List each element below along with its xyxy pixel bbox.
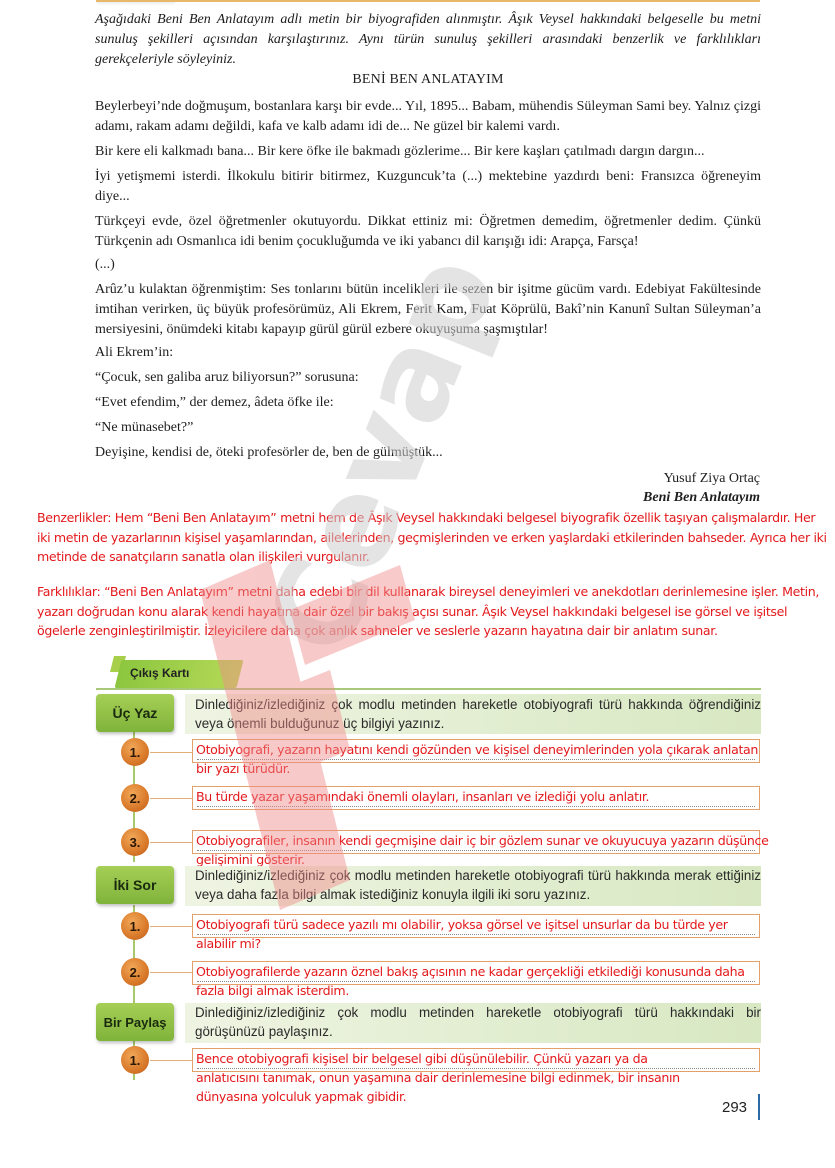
source-citation: Yusuf Ziya Ortaç Beni Ben Anlatayım <box>643 469 760 507</box>
item-number-badge: 1. <box>121 738 149 766</box>
answer-text: Otobiyografi, yazarın hayatını kendi göz… <box>196 740 758 778</box>
book-title: Beni Ben Anlatayım <box>643 488 760 507</box>
section-prompt: Dinlediğiniz/izlediğiniz çok modlu metin… <box>195 695 761 733</box>
activity-instruction: Aşağıdaki Beni Ben Anlatayım adlı metin … <box>95 10 761 70</box>
connector-line <box>150 926 192 927</box>
reading-paragraph: Ali Ekrem’in: <box>95 343 761 363</box>
item-number-badge: 1. <box>121 1046 149 1074</box>
section-label-bir-paylas: Bir Paylaş <box>96 1003 174 1041</box>
section-label-uc-yaz: Üç Yaz <box>96 694 174 732</box>
section-prompt: Dinlediğiniz/izlediğiniz çok modlu metin… <box>195 1003 761 1041</box>
item-number-badge: 3. <box>121 828 149 856</box>
page-number-bar <box>758 1094 760 1120</box>
answer-text: Otobiyografilerde yazarın öznel bakış aç… <box>196 962 745 1000</box>
answer-text: Otobiyografi türü sadece yazılı mı olabi… <box>196 915 728 953</box>
answer-differences: Farklılıklar: “Beni Ben Anlatayım” metni… <box>37 582 827 641</box>
reading-paragraph: (...) <box>95 255 761 275</box>
answer-text: Otobiyografiler, insanın kendi geçmişine… <box>196 831 768 869</box>
exit-card-rule <box>96 688 761 690</box>
reading-title: BENİ BEN ANLATAYIM <box>95 72 761 88</box>
reading-paragraph: Deyişine, kendisi de, öteki profesörler … <box>95 443 761 463</box>
item-number-badge: 2. <box>121 784 149 812</box>
connector-line <box>150 842 192 843</box>
reading-paragraph: Beylerbeyi’nde doğmuşum, bostanlara karş… <box>95 97 761 137</box>
answer-text: Bence otobiyografi kişisel bir belgesel … <box>196 1049 680 1106</box>
reading-paragraph: “Evet efendim,” der demez, âdeta öfke il… <box>95 393 761 413</box>
author-name: Yusuf Ziya Ortaç <box>643 469 760 488</box>
answer-similarities: Benzerlikler: Hem “Beni Ben Anlatayım” m… <box>37 508 827 567</box>
connector-line <box>150 798 192 799</box>
reading-paragraph: İyi yetişmemi isterdi. İlkokulu bitirir … <box>95 167 761 207</box>
answer-text: Bu türde yazar yaşamındaki önemli olayla… <box>196 787 649 806</box>
page-number: 293 <box>722 1099 747 1116</box>
connector-line <box>150 752 192 753</box>
item-number-badge: 1. <box>121 912 149 940</box>
top-rule <box>96 0 760 2</box>
reading-paragraph: “Çocuk, sen galiba aruz biliyorsun?” sor… <box>95 368 761 388</box>
reading-paragraph: Arûz’u kulaktan öğrenmiştim: Ses tonları… <box>95 280 761 340</box>
item-number-badge: 2. <box>121 958 149 986</box>
exit-card-title: Çıkış Kartı <box>130 666 189 680</box>
reading-text: Beylerbeyi’nde doğmuşum, bostanlara karş… <box>95 97 761 466</box>
connector-line <box>150 972 192 973</box>
reading-paragraph: Türkçeyi evde, özel öğretmenler okutuyor… <box>95 212 761 252</box>
section-label-iki-sor: İki Sor <box>96 866 174 904</box>
reading-paragraph: “Ne münasebet?” <box>95 418 761 438</box>
connector-line <box>150 1060 192 1061</box>
section-prompt: Dinlediğiniz/izlediğiniz çok modlu metin… <box>195 866 761 904</box>
reading-paragraph: Bir kere eli kalkmadı bana... Bir kere ö… <box>95 142 761 162</box>
